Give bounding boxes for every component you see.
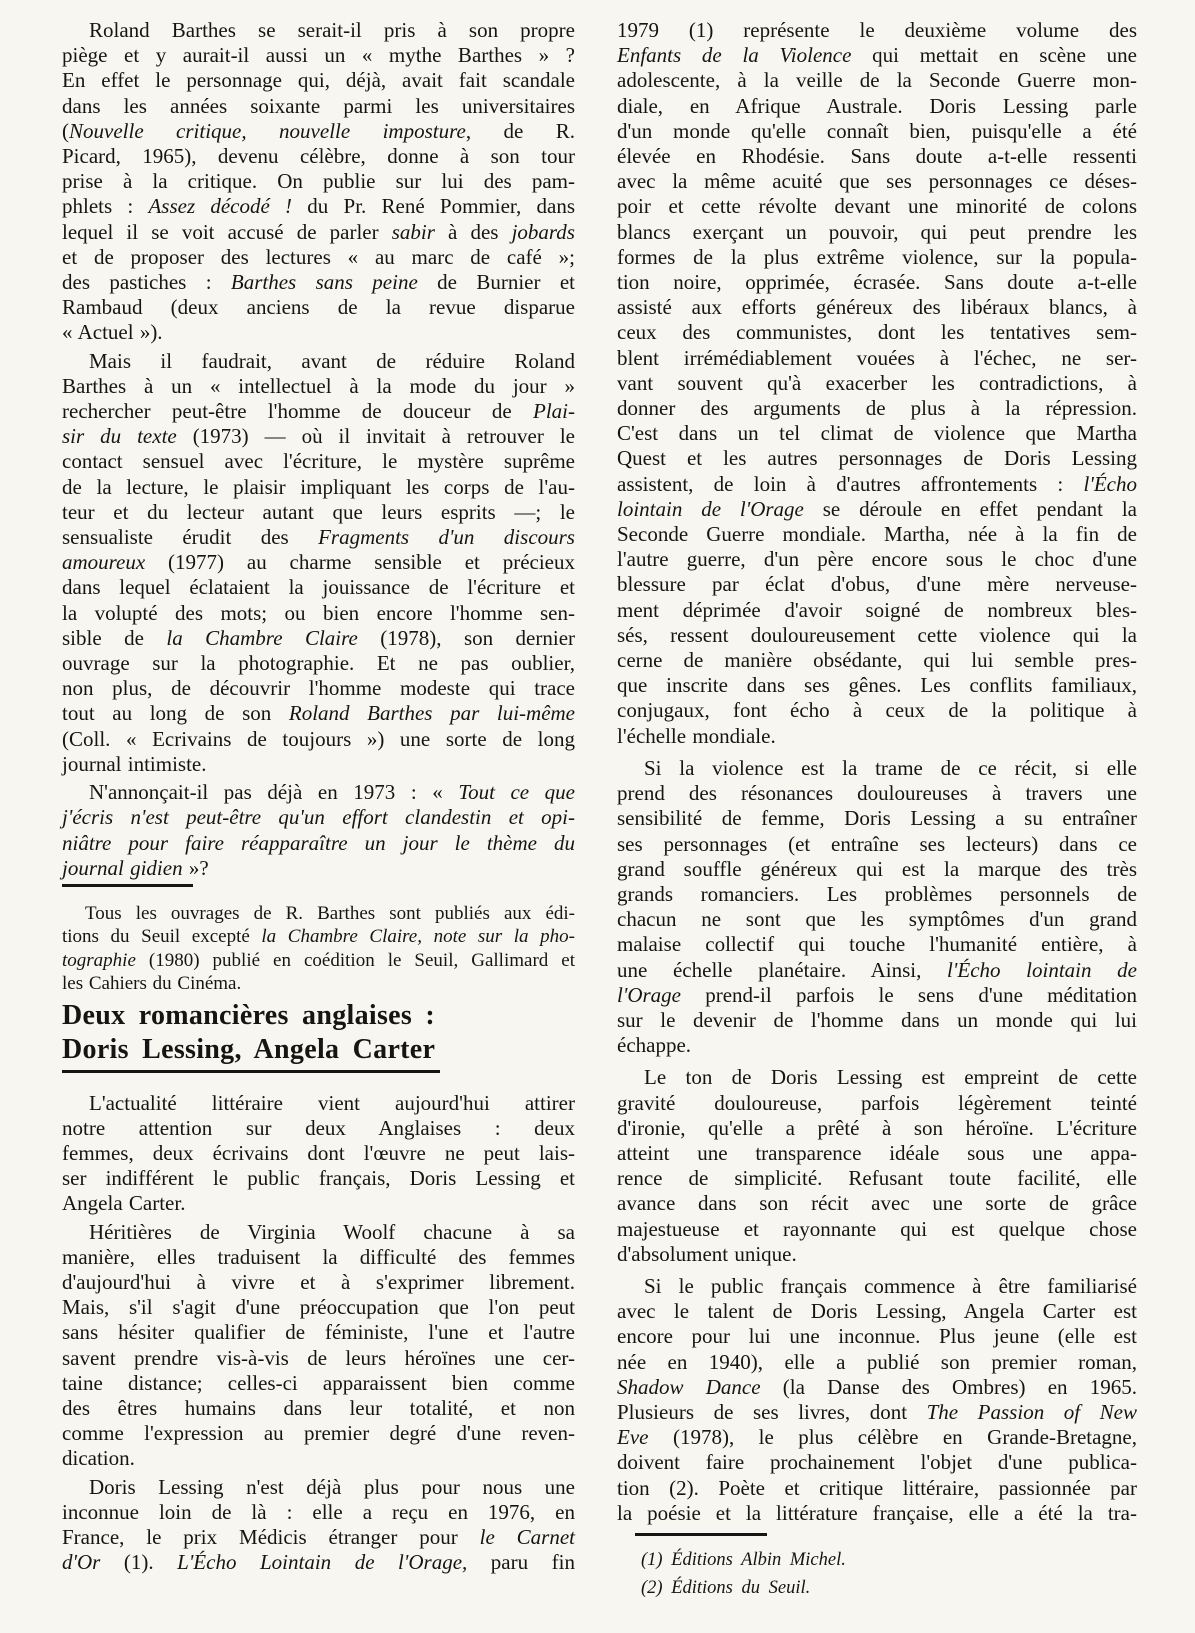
text-line: sur le devenir de l'homme dans un monde … [617, 1008, 1137, 1033]
text-line: Angela Carter. [62, 1191, 575, 1216]
text-line: Héritières de Virginia Woolf chacune à s… [62, 1220, 575, 1245]
text-line: blancs exerçant un pouvoir, qui peut pre… [617, 220, 1137, 245]
text-line: Seconde Guerre mondiale. Martha, née à l… [617, 522, 1137, 547]
text-line: gravité douloureuse, parfois légèrement … [617, 1091, 1137, 1116]
text-line: ceux des communistes, dont les tentative… [617, 320, 1137, 345]
text-line: et de proposer des lectures « au marc de… [62, 245, 575, 270]
text-line: grand souffle généreux qui est la marque… [617, 857, 1137, 882]
p-barthes-quote: N'annonçait-il pas déjà en 1973 : « Tout… [62, 780, 575, 881]
text-line: journal intimiste. [62, 752, 575, 777]
p-si-public: Si le public français commence à être fa… [617, 1274, 1137, 1526]
text-line: assistent, de loin à d'autres affronteme… [617, 472, 1137, 497]
text-line: 1979 (1) représente le deuxième volume d… [617, 18, 1137, 43]
text-line: sensualiste érudit des Fragments d'un di… [62, 525, 575, 550]
heading-rule [62, 1070, 440, 1073]
text-line: sans hésiter qualifier de féministe, l'u… [62, 1320, 575, 1345]
text-line: cerne de manière obsédante, qui lui semb… [617, 648, 1137, 673]
text-line: malaise collectif qui touche l'humanité … [617, 932, 1137, 957]
text-line: contact sensuel avec l'écriture, le myst… [62, 449, 575, 474]
text-line: Barthes à un « intellectuel à la mode du… [62, 374, 575, 399]
text-line: dication. [62, 1446, 575, 1471]
text-line: ment déprimée d'avoir soigné de nombreux… [617, 598, 1137, 623]
text-line: Mais il faudrait, avant de réduire Rolan… [62, 349, 575, 374]
p-actualite: L'actualité littéraire vient aujourd'hui… [62, 1091, 575, 1217]
text-line: piège et y aurait-il aussi un « mythe Ba… [62, 43, 575, 68]
text-line: l'autre guerre, d'un père encore sous le… [617, 547, 1137, 572]
right-column: 1979 (1) représente le deuxième volume d… [617, 18, 1137, 1602]
text-line: C'est dans un tel climat de violence que… [617, 421, 1137, 446]
text-line: Si le public français commence à être fa… [617, 1274, 1137, 1299]
text-line: ouvrage sur la photographie. Et ne pas o… [62, 651, 575, 676]
text-line: l'Orage prend-il parfois le sens d'une m… [617, 983, 1137, 1008]
text-line: Doris Lessing, Angela Carter [62, 1033, 575, 1067]
text-line: la poésie et la littérature française, e… [617, 1501, 1137, 1526]
text-line: donner des arguments de plus à la répres… [617, 396, 1137, 421]
text-line: une échelle planétaire. Ainsi, l'Écho lo… [617, 958, 1137, 983]
text-line: née en 1940), elle a publié son premier … [617, 1350, 1137, 1375]
text-line: blessure par éclat d'obus, d'une mère ne… [617, 572, 1137, 597]
text-line: l'échelle mondiale. [617, 724, 1137, 749]
text-line: atteint une transparence idéale sous une… [617, 1141, 1137, 1166]
text-line: d'ironie, qu'elle a prêté à son héroïne.… [617, 1116, 1137, 1141]
footnotes-editions: (1) Éditions Albin Michel.(2) Éditions d… [617, 1546, 1137, 1602]
text-line: En effet le personnage qui, déjà, avait … [62, 68, 575, 93]
text-line: phlets : Assez décodé ! du Pr. René Pomm… [62, 194, 575, 219]
text-line: femmes, deux écrivains dont l'œuvre ne p… [62, 1141, 575, 1166]
text-line: sensibilité de femme, Doris Lessing a su… [617, 806, 1137, 831]
text-line: « Actuel »). [62, 320, 575, 345]
text-line: niâtre pour faire réapparaître un jour l… [62, 831, 575, 856]
p-barthes-homme: Mais il faudrait, avant de réduire Rolan… [62, 349, 575, 777]
text-line: non plus, de découvrir l'homme modeste q… [62, 676, 575, 701]
p-doris-connue: Doris Lessing n'est déjà plus pour nous … [62, 1475, 575, 1576]
text-line: Doris Lessing n'est déjà plus pour nous … [62, 1475, 575, 1500]
text-line: sible de la Chambre Claire (1978), son d… [62, 626, 575, 651]
text-line: Mais, s'il s'agit d'une préoccupation qu… [62, 1295, 575, 1320]
text-line: d'un monde qu'elle connaît bien, puisqu'… [617, 119, 1137, 144]
text-line: (Nouvelle critique, nouvelle imposture, … [62, 119, 575, 144]
text-line: avance dans son récit avec une sorte de … [617, 1191, 1137, 1216]
text-line: j'écris n'est peut-être qu'un effort cla… [62, 805, 575, 830]
text-line: assisté aux efforts généreux des libérau… [617, 295, 1137, 320]
scanned-document-page: { "page": { "background": "#f7f6f1", "te… [0, 0, 1195, 1633]
text-line: teur et du lecteur autant que leurs espr… [62, 500, 575, 525]
text-line: dans lequel éclataient la jouissance de … [62, 575, 575, 600]
text-line: blent irrémédiablement vouées à l'échec,… [617, 346, 1137, 371]
text-line: la volupté des mots; ou bien encore l'ho… [62, 601, 575, 626]
text-line: ses personnages (et entraîne ses lecteur… [617, 832, 1137, 857]
text-line: adolescente, à la veille de la Seconde G… [617, 68, 1137, 93]
text-line: Roland Barthes se serait-il pris à son p… [62, 18, 575, 43]
left-column: Roland Barthes se serait-il pris à son p… [62, 18, 575, 1575]
text-line: vant souvent qu'à exacerber les contradi… [617, 371, 1137, 396]
p-barthes-myth: Roland Barthes se serait-il pris à son p… [62, 18, 575, 346]
text-line: Rambaud (deux anciens de la revue dispar… [62, 295, 575, 320]
text-line: les Cahiers du Cinéma. [62, 972, 575, 995]
text-line: tion noire, opprimée, écrasée. Sans dout… [617, 270, 1137, 295]
text-line: d'Or (1). L'Écho Lointain de l'Orage, pa… [62, 1550, 575, 1575]
text-line: élevée en Rhodésie. Sans doute a-t-elle … [617, 144, 1137, 169]
text-line: poir et cette révolte devant une minorit… [617, 194, 1137, 219]
text-line: Si la violence est la trame de ce récit,… [617, 756, 1137, 781]
text-line: prend des résonances douloureuses à trav… [617, 781, 1137, 806]
text-line: rence de simplicité. Refusant toute faci… [617, 1166, 1137, 1191]
text-line: N'annonçait-il pas déjà en 1973 : « Tout… [62, 780, 575, 805]
text-line: prise à la critique. On publie sur lui d… [62, 169, 575, 194]
text-line: dans les années soixante parmi les unive… [62, 94, 575, 119]
text-line: journal gidien »? [62, 856, 575, 881]
text-line: Deux romancières anglaises : [62, 999, 575, 1033]
text-line: Shadow Dance (la Danse des Ombres) en 19… [617, 1375, 1137, 1400]
text-line: doivent faire prochainement l'objet d'un… [617, 1450, 1137, 1475]
text-line: diale, en Afrique Australe. Doris Lessin… [617, 94, 1137, 119]
text-line: sir du texte (1973) — où il invitait à r… [62, 424, 575, 449]
text-line: lointain de l'Orage se déroule en effet … [617, 497, 1137, 522]
footnote-rule-left [62, 884, 193, 887]
text-line: comme l'expression au premier degré d'un… [62, 1421, 575, 1446]
text-line: des êtres humains dans leur totalité, et… [62, 1396, 575, 1421]
text-line: chacun ne sont que les symptômes d'un gr… [617, 907, 1137, 932]
section-heading: Deux romancières anglaises :Doris Lessin… [62, 999, 575, 1067]
text-line: ser indifférent le public français, Dori… [62, 1166, 575, 1191]
text-line: France, le prix Médicis étranger pour le… [62, 1525, 575, 1550]
text-line: (Coll. « Ecrivains de toujours ») une so… [62, 727, 575, 752]
text-line: Quest et les autres personnages de Doris… [617, 446, 1137, 471]
text-line: notre attention sur deux Anglaises : deu… [62, 1116, 575, 1141]
text-line: encore pour lui une inconnue. Plus jeune… [617, 1324, 1137, 1349]
text-line: Plusieurs de ses livres, dont The Passio… [617, 1400, 1137, 1425]
p-si-violence: Si la violence est la trame de ce récit,… [617, 756, 1137, 1058]
text-line: Tous les ouvrages de R. Barthes sont pub… [62, 902, 575, 925]
text-line: rechercher peut-être l'homme de douceur … [62, 399, 575, 424]
text-line: Picard, 1965), devenu célèbre, donne à s… [62, 144, 575, 169]
footnote-rule-right [635, 1533, 767, 1536]
text-line: grands romanciers. Les problèmes personn… [617, 882, 1137, 907]
p-heritieres: Héritières de Virginia Woolf chacune à s… [62, 1220, 575, 1472]
text-line: Eve (1978), le plus célèbre en Grande-Br… [617, 1425, 1137, 1450]
text-line: d'aujourd'hui à vivre et à s'exprimer li… [62, 1270, 575, 1295]
text-line: taine distance; celles-ci apparaissent b… [62, 1371, 575, 1396]
text-line: avec le talent de Doris Lessing, Angela … [617, 1299, 1137, 1324]
p-le-ton: Le ton de Doris Lessing est empreint de … [617, 1065, 1137, 1267]
text-line: formes de la plus extrême violence, sur … [617, 245, 1137, 270]
text-line: tout au long de son Roland Barthes par l… [62, 701, 575, 726]
text-line: tions du Seuil excepté la Chambre Claire… [62, 925, 575, 948]
text-line: manière, elles traduisent la difficulté … [62, 1245, 575, 1270]
text-line: conjugaux, font écho à ceux de la politi… [617, 698, 1137, 723]
text-line: des pastiches : Barthes sans peine de Bu… [62, 270, 575, 295]
footnote-barthes: Tous les ouvrages de R. Barthes sont pub… [62, 902, 575, 996]
text-line: avec la même acuité que ses personnages … [617, 169, 1137, 194]
text-line: tographie (1980) publié en coédition le … [62, 949, 575, 972]
text-line: que inscrite dans ses gênes. Les conflit… [617, 673, 1137, 698]
text-line: d'absolument unique. [617, 1242, 1137, 1267]
text-line: majestueuse et rayonnante qui est quelqu… [617, 1217, 1137, 1242]
text-line: Le ton de Doris Lessing est empreint de … [617, 1065, 1137, 1090]
p-1979-volume: 1979 (1) représente le deuxième volume d… [617, 18, 1137, 749]
text-line: amoureux (1977) au charme sensible et pr… [62, 550, 575, 575]
text-line: Enfants de la Violence qui mettait en sc… [617, 43, 1137, 68]
text-line: savent prendre vis-à-vis de leurs héroïn… [62, 1346, 575, 1371]
text-line: (2) Éditions du Seuil. [617, 1574, 1137, 1602]
text-line: L'actualité littéraire vient aujourd'hui… [62, 1091, 575, 1116]
text-line: sés, ressent douloureusement cette viole… [617, 623, 1137, 648]
text-line: (1) Éditions Albin Michel. [617, 1546, 1137, 1574]
text-line: lequel il se voit accusé de parler sabir… [62, 220, 575, 245]
text-line: inconnue loin de là : elle a reçu en 197… [62, 1500, 575, 1525]
text-line: de la lecture, le plaisir impliquant les… [62, 475, 575, 500]
text-line: tion (2). Poète et critique littéraire, … [617, 1476, 1137, 1501]
text-line: échappe. [617, 1033, 1137, 1058]
